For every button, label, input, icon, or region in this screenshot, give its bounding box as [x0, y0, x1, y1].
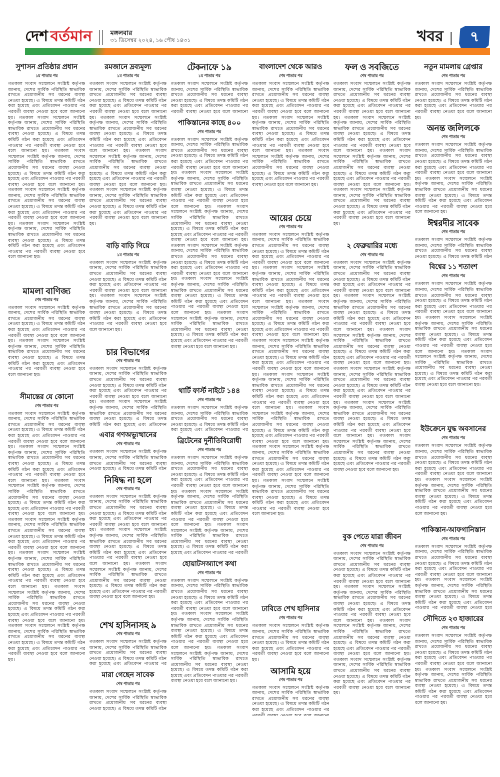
article: ঢাবিতে শেখ হাসিনার শেষ পাতার পর গতকাল সং…: [252, 604, 329, 662]
article-headline: নতুন মামলায় গ্রেপ্তার: [415, 62, 492, 73]
article: এবার গণঅভ্যুত্থানের শেষ পাতার পর গতকাল স…: [89, 430, 166, 471]
article-body-text: গতকাল সংবাদ সম্মেলনে সংশ্লিষ্ট কর্তৃপক্ষ…: [415, 81, 492, 120]
article: নিষিদ্ধ না হলে শেষ পাতার পর গতকাল সংবাদ …: [89, 475, 166, 617]
newspaper-page: দেশ বর্তমান মঙ্গলবার ৩১ ডিসেম্বর ২০২৪, ১…: [0, 0, 500, 777]
article: রমজানে দ্রব্যমূল্য ১ম পাতার পর গতকাল সংব…: [89, 62, 166, 238]
article: সীমান্তের যে কোনো শেষ পাতার পর গতকাল সংব…: [8, 392, 85, 716]
article: ফল ও সবজিতে শেষ পাতার পর গতকাল সংবাদ সম্…: [333, 62, 410, 238]
article-continuation-note: শেষ পাতার পর: [89, 681, 166, 687]
article-headline: এবার গণঅভ্যুত্থানের: [89, 430, 166, 441]
article-headline: নিষিদ্ধ না হলে: [89, 475, 166, 486]
article-continuation-note: শেষ পাতার পর: [415, 435, 492, 441]
section-pipe: |: [449, 29, 453, 45]
article: মামলা বাণিজ্য শেষ পাতার পর গতকাল সংবাদ স…: [8, 286, 85, 389]
article: বাংলাদেশ থেকে আরও শেষ পাতার পর গতকাল সংব…: [252, 62, 329, 210]
article-headline: পাকিস্তান-আফগানিস্তান: [415, 525, 492, 536]
article: আসামি হয়ে শেষ পাতার পর গতকাল সংবাদ সম্ম…: [252, 666, 329, 716]
article-headline: মামলা বাণিজ্য: [8, 286, 85, 297]
article: ঈশ্বরদীর সাবেক শেষ পাতার পর গতকাল সংবাদ …: [415, 218, 492, 259]
article-continuation-note: শেষ পাতার পর: [171, 570, 248, 576]
newspaper-column: নতুন মামলায় গ্রেপ্তার শেষ পাতার পর গতকা…: [415, 61, 492, 716]
logo-word-desh: দেশ: [25, 28, 48, 46]
article-continuation-note: শেষ পাতার পর: [333, 252, 410, 258]
article-headline: থার্টি ফার্স্ট নাইটে ১৪৪: [171, 386, 248, 397]
article-body-text: গতকাল সংবাদ সম্মেলনে সংশ্লিষ্ট কর্তৃপক্ষ…: [415, 281, 492, 421]
article: পাকিস্তানের কাছে ৪০০ শেষ পাতার পর গতকাল …: [171, 118, 248, 383]
article-continuation-note: শেষ পাতার পর: [171, 129, 248, 135]
article-headline: বাংলাদেশ থেকে আরও: [252, 62, 329, 73]
article-continuation-note: শেষ পাতার পর: [252, 224, 329, 230]
date-full: ৩১ ডিসেম্বর ২০২৪, ১৬ পৌষ ১৪৩১: [110, 38, 190, 45]
article-headline: সৌদিতে ২৩ হাজারের: [415, 614, 492, 625]
article-body-text: গতকাল সংবাদ সম্মেলনে সংশ্লিষ্ট কর্তৃপক্ষ…: [8, 81, 85, 283]
article-continuation-note: শেষ পাতার পর: [171, 447, 248, 453]
article-body-text: গতকাল সংবাদ সম্মেলনে সংশ্লিষ্ট কর্তৃপক্ষ…: [415, 544, 492, 611]
content-columns: সুশাসন প্রতিষ্ঠার প্রধান ১ম পাতার পর গতক…: [8, 61, 492, 716]
article-continuation-note: শেষ পাতার পর: [415, 73, 492, 79]
article: মারা গেছেন সাবেক শেষ পাতার পর গতকাল সংবা…: [89, 670, 166, 711]
article-continuation-note: শেষ পাতার পর: [415, 273, 492, 279]
article-headline: আয়ের চেয়ে: [252, 213, 329, 224]
article: হোয়াটসঅ্যাপে কথা শেষ পাতার পর গতকাল সংব…: [171, 559, 248, 716]
article-continuation-note: শেষ পাতার পর: [89, 441, 166, 447]
date-day: মঙ্গলবার: [110, 30, 190, 38]
section-label: খবর: [417, 28, 443, 46]
article-body-text: গতকাল সংবাদ সম্মেলনে সংশ্লিষ্ট কর্তৃপক্ষ…: [415, 237, 492, 259]
article-body-text: গতকাল সংবাদ সম্মেলনে সংশ্লিষ্ট কর্তৃপক্ষ…: [89, 260, 166, 344]
article-body-text: গতকাল সংবাদ সম্মেলনে সংশ্লিষ্ট কর্তৃপক্ষ…: [171, 81, 248, 115]
article-continuation-note: শেষ পাতার পর: [252, 615, 329, 621]
article-headline: মারা গেছেন সাবেক: [89, 670, 166, 681]
article-continuation-note: শেষ পাতার পর: [252, 73, 329, 79]
article: থার্টি ফার্স্ট নাইটে ১৪৪ শেষ পাতার পর গত…: [171, 386, 248, 433]
article-body-text: গতকাল সংবাদ সম্মেলনে সংশ্লিষ্ট কর্তৃপক্ষ…: [252, 623, 329, 662]
article: আয়ের চেয়ে শেষ পাতার পর গতকাল সংবাদ সম্…: [252, 213, 329, 602]
article-body-text: গতকাল সংবাদ সম্মেলনে সংশ্লিষ্ট কর্তৃপক্ষ…: [252, 81, 329, 210]
article-body-text: গতকাল সংবাদ সম্মেলনে সংশ্লিষ্ট কর্তৃপক্ষ…: [89, 639, 166, 667]
article-continuation-note: শেষ পাতার পর: [171, 397, 248, 403]
article-continuation-note: শেষ পাতার পর: [415, 536, 492, 542]
article-continuation-note: ১ম পাতার পর: [171, 73, 248, 79]
article-headline: আসামি হয়ে: [252, 666, 329, 677]
article-body-text: গতকাল সংবাদ সম্মেলনে সংশ্লিষ্ট কর্তৃপক্ষ…: [333, 81, 410, 238]
article: ২ ফেব্রুয়ারির মধ্যে শেষ পাতার পর গতকাল …: [333, 241, 410, 529]
article-headline: ইউক্রেনে যুদ্ধ অবসানের: [415, 424, 492, 435]
article-body-text: গতকাল সংবাদ সম্মেলনে সংশ্লিষ্ট কর্তৃপক্ষ…: [415, 633, 492, 706]
article-body-text: গতকাল সংবাদ সম্মেলনে সংশ্লিষ্ট কর্তৃপক্ষ…: [8, 305, 85, 389]
article-headline: পাকিস্তানের কাছে ৪০০: [171, 118, 248, 129]
newspaper-column: বাংলাদেশ থেকে আরও শেষ পাতার পর গতকাল সংব…: [252, 61, 329, 716]
logo-word-bortoman: বর্তমান: [50, 28, 92, 46]
article: শেখ হাসিনাসহ ৯ শেষ পাতার পর গতকাল সংবাদ …: [89, 620, 166, 667]
article-headline: সুশাসন প্রতিষ্ঠার প্রধান: [8, 62, 85, 73]
newspaper-column: টেকনাফে ১৯ ১ম পাতার পর গতকাল সংবাদ সম্মে…: [171, 61, 248, 716]
newspaper-logo: দেশ বর্তমান: [25, 28, 92, 46]
article-continuation-note: ১ম পাতার পর: [8, 73, 85, 79]
article-continuation-note: শেষ পাতার পর: [8, 297, 85, 303]
article: অনন্ত জলিলকে শেষ পাতার পর গতকাল সংবাদ সম…: [415, 123, 492, 215]
article-headline: রমজানে দ্রব্যমূল্য: [89, 62, 166, 73]
article-continuation-note: শেষ পাতার পর: [8, 403, 85, 409]
article-body-text: গতকাল সংবাদ সম্মেলনে সংশ্লিষ্ট কর্তৃপক্ষ…: [8, 411, 85, 716]
article-continuation-note: ১ম পাতার পর: [89, 73, 166, 79]
article: বিশ্বের ১১ শতাংশ শেষ পাতার পর গতকাল সংবা…: [415, 262, 492, 421]
article-headline: অনন্ত জলিলকে: [415, 123, 492, 134]
article: পাকিস্তান-আফগানিস্তান শেষ পাতার পর গতকাল…: [415, 525, 492, 611]
article-body-text: গতকাল সংবাদ সম্মেলনে সংশ্লিষ্ট কর্তৃপক্ষ…: [171, 405, 248, 433]
article-continuation-note: শেষ পাতার পর: [333, 543, 410, 549]
article-body-text: গতকাল সংবাদ সম্মেলনে সংশ্লিষ্ট কর্তৃপক্ষ…: [89, 494, 166, 617]
article-headline: হোয়াটসঅ্যাপে কথা: [171, 559, 248, 570]
article: সুশাসন প্রতিষ্ঠার প্রধান ১ম পাতার পর গতক…: [8, 62, 85, 283]
article-body-text: গতকাল সংবাদ সম্মেলনে সংশ্লিষ্ট কর্তৃপক্ষ…: [171, 137, 248, 383]
article-headline: বাড়ি বাড়ি গিয়ে: [89, 241, 166, 252]
article-continuation-note: শেষ পাতার পর: [415, 625, 492, 631]
article: বুক পেতে যারা জীবন শেষ পাতার পর গতকাল সং…: [333, 532, 410, 716]
masthead: দেশ বর্তমান মঙ্গলবার ৩১ ডিসেম্বর ২০২৪, ১…: [25, 27, 490, 47]
article-headline: সীমান্তের যে কোনো: [8, 392, 85, 403]
article-body-text: গতকাল সংবাদ সম্মেলনে সংশ্লিষ্ট কর্তৃপক্ষ…: [89, 81, 166, 238]
article-continuation-note: শেষ পাতার পর: [89, 486, 166, 492]
article-continuation-note: শেষ পাতার পর: [415, 229, 492, 235]
article-headline: শেখ হাসিনাসহ ৯: [89, 620, 166, 631]
article-headline: ২ ফেব্রুয়ারির মধ্যে: [333, 241, 410, 252]
masthead-color-bar: [25, 48, 490, 55]
masthead-divider: [99, 30, 103, 45]
article-body-text: গতকাল সংবাদ সম্মেলনে সংশ্লিষ্ট কর্তৃপক্ষ…: [333, 260, 410, 529]
article-body-text: গতকাল সংবাদ সম্মেলনে সংশ্লিষ্ট কর্তৃপক্ষ…: [171, 578, 248, 716]
article-continuation-note: শেষ পাতার পর: [252, 677, 329, 683]
article-body-text: গতকাল সংবাদ সম্মেলনে সংশ্লিষ্ট কর্তৃপক্ষ…: [171, 455, 248, 556]
article-body-text: গতকাল সংবাদ সম্মেলনে সংশ্লিষ্ট কর্তৃপক্ষ…: [89, 689, 166, 711]
newspaper-column: ফল ও সবজিতে শেষ পাতার পর গতকাল সংবাদ সম্…: [333, 61, 410, 716]
article-continuation-note: শেষ পাতার পর: [89, 631, 166, 637]
article: ব্রিটেনের দুর্নীতিবিরোধী শেষ পাতার পর গত…: [171, 436, 248, 556]
date-block: মঙ্গলবার ৩১ ডিসেম্বর ২০২৪, ১৬ পৌষ ১৪৩১: [110, 30, 190, 45]
article-headline: বুক পেতে যারা জীবন: [333, 532, 410, 543]
masthead-right: খবর | ৭: [417, 26, 490, 48]
article: ইউক্রেনে যুদ্ধ অবসানের শেষ পাতার পর গতকা…: [415, 424, 492, 521]
newspaper-column: সুশাসন প্রতিষ্ঠার প্রধান ১ম পাতার পর গতক…: [8, 61, 85, 716]
article-continuation-note: শেষ পাতার পর: [333, 73, 410, 79]
article: সৌদিতে ২৩ হাজারের শেষ পাতার পর গতকাল সংব…: [415, 614, 492, 706]
article-headline: চার বিভাগের: [89, 347, 166, 358]
article-headline: টেকনাফে ১৯: [171, 62, 248, 73]
article: চার বিভাগের শেষ পাতার পর গতকাল সংবাদ সম্…: [89, 347, 166, 428]
article-continuation-note: শেষ পাতার পর: [415, 134, 492, 140]
page-number-badge: ৭: [459, 26, 490, 48]
article-continuation-note: শেষ পাতার পর: [89, 358, 166, 364]
article-headline: বিশ্বের ১১ শতাংশ: [415, 262, 492, 273]
article-continuation-note: ১ম পাতার পর: [89, 252, 166, 258]
article-body-text: গতকাল সংবাদ সম্মেলনে সংশ্লিষ্ট কর্তৃপক্ষ…: [252, 232, 329, 602]
article-body-text: গতকাল সংবাদ সম্মেলনে সংশ্লিষ্ট কর্তৃপক্ষ…: [333, 551, 410, 716]
article-body-text: গতকাল সংবাদ সম্মেলনে সংশ্লিষ্ট কর্তৃপক্ষ…: [415, 142, 492, 215]
article-headline: ব্রিটেনের দুর্নীতিবিরোধী: [171, 436, 248, 447]
article-body-text: গতকাল সংবাদ সম্মেলনে সংশ্লিষ্ট কর্তৃপক্ষ…: [415, 443, 492, 521]
newspaper-column: রমজানে দ্রব্যমূল্য ১ম পাতার পর গতকাল সংব…: [89, 61, 166, 716]
article-headline: ফল ও সবজিতে: [333, 62, 410, 73]
article-body-text: গতকাল সংবাদ সম্মেলনে সংশ্লিষ্ট কর্তৃপক্ষ…: [89, 366, 166, 428]
article: টেকনাফে ১৯ ১ম পাতার পর গতকাল সংবাদ সম্মে…: [171, 62, 248, 115]
article: নতুন মামলায় গ্রেপ্তার শেষ পাতার পর গতকা…: [415, 62, 492, 120]
article-body-text: গতকাল সংবাদ সম্মেলনে সংশ্লিষ্ট কর্তৃপক্ষ…: [252, 685, 329, 716]
article-headline: ঈশ্বরদীর সাবেক: [415, 218, 492, 229]
article-body-text: গতকাল সংবাদ সম্মেলনে সংশ্লিষ্ট কর্তৃপক্ষ…: [89, 449, 166, 471]
article-headline: ঢাবিতে শেখ হাসিনার: [252, 604, 329, 615]
article: বাড়ি বাড়ি গিয়ে ১ম পাতার পর গতকাল সংবা…: [89, 241, 166, 344]
